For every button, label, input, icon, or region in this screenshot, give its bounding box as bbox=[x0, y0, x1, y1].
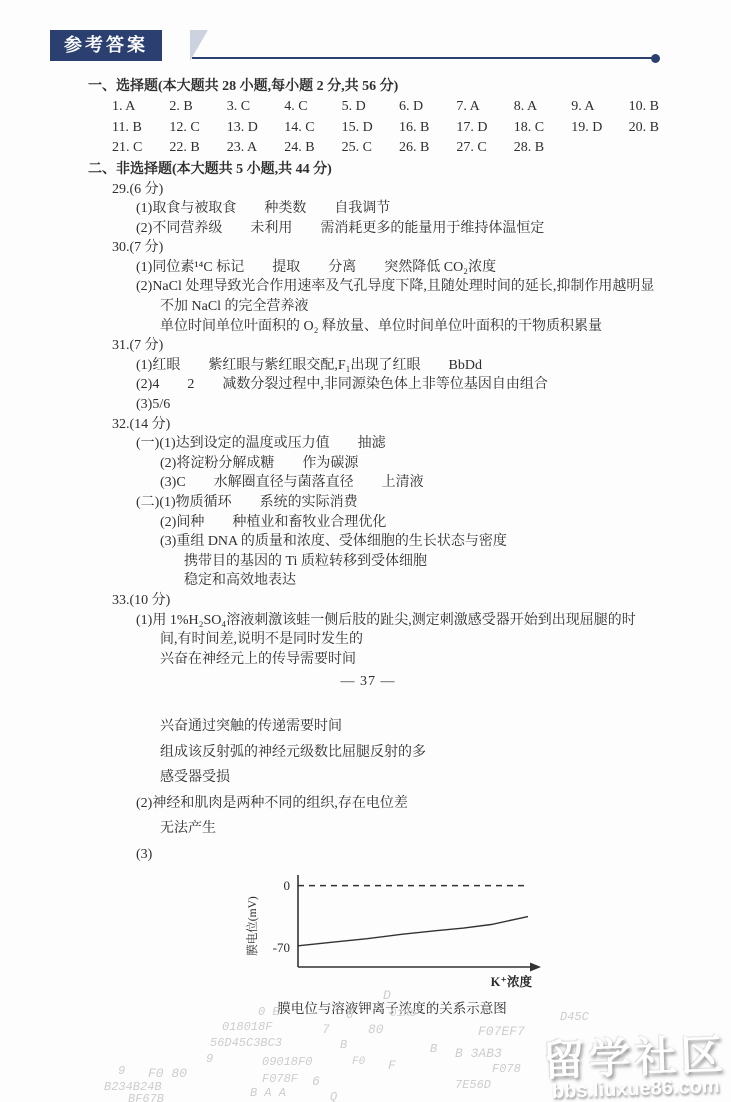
watermark-text: B A A bbox=[250, 1086, 286, 1100]
mc-answer: 16. B bbox=[399, 118, 456, 139]
answer-line: 间,有时间差,说明不是同时发生的 bbox=[88, 630, 704, 650]
mc-answer: 19. D bbox=[571, 118, 628, 139]
mc-answer: 8. A bbox=[514, 97, 571, 118]
page-number: — 37 — bbox=[88, 674, 648, 690]
answer-line: (1)同位素¹⁴C 标记 提取 分离 突然降低 CO₂浓度 bbox=[88, 258, 704, 278]
watermark-text: B 3AB3 bbox=[455, 1046, 502, 1061]
x-axis-arrow-icon bbox=[530, 963, 541, 972]
mc-answer: 2. B bbox=[169, 97, 226, 118]
answer-line: 30.(7 分) bbox=[88, 238, 704, 258]
mc-answer: 17. D bbox=[456, 118, 513, 139]
answer-line: 29.(6 分) bbox=[88, 180, 704, 200]
mc-answer: 23. A bbox=[227, 138, 284, 159]
watermark-text: 018018F bbox=[222, 1020, 272, 1034]
watermark-text: B bbox=[340, 1038, 347, 1052]
answer-line: (2)4 2 减数分裂过程中,非同源染色体上非等位基因自由组合 bbox=[88, 375, 704, 395]
chart-caption: 膜电位与溶液钾离子浓度的关系示意图 bbox=[236, 997, 548, 1017]
watermark-text: B bbox=[430, 1042, 437, 1056]
answer-line: (2)神经和肌肉是两种不同的组织,存在电位差 bbox=[88, 791, 704, 817]
page-header: 参考答案 bbox=[50, 30, 731, 64]
answer-line: 单位时间单位叶面积的 O₂ 释放量、单位时间单位叶面积的干物质积累量 bbox=[88, 317, 704, 337]
mc-answer: 20. B bbox=[629, 118, 686, 139]
answer-line: 感受器受损 bbox=[88, 765, 704, 791]
watermark-text: Q bbox=[330, 1090, 337, 1102]
watermark-text: 9 bbox=[118, 1064, 125, 1078]
answer-line: 兴奋通过突触的传递需要时间 bbox=[88, 714, 704, 740]
watermark-text: 6 bbox=[312, 1074, 320, 1089]
watermark-text: 9 bbox=[206, 1052, 213, 1066]
answers-part2: 兴奋通过突触的传递需要时间组成该反射弧的神经元级数比屈腿反射的多感受器受损(2)… bbox=[88, 714, 704, 867]
header-rule-dot-icon bbox=[651, 54, 660, 63]
mc-answer: 21. C bbox=[112, 138, 169, 159]
header-badge: 参考答案 bbox=[50, 30, 162, 61]
mc-answer: 28. B bbox=[514, 138, 571, 159]
mc-answer: 9. A bbox=[571, 97, 628, 118]
answer-line: 兴奋在神经元上的传导需要时间 bbox=[88, 650, 704, 670]
mc-answer: 27. C bbox=[456, 138, 513, 159]
answer-line: 不加 NaCl 的完全营养液 bbox=[88, 297, 704, 317]
section-title-nonchoice: 二、非选择题(本大题共 5 小题,共 44 分) bbox=[88, 159, 704, 180]
mc-answer: 15. D bbox=[342, 118, 399, 139]
mc-answer: 1. A bbox=[112, 97, 169, 118]
answer-line: 携带目的基因的 Ti 质粒转移到受体细胞 bbox=[88, 552, 704, 572]
answer-line: (3)重组 DNA 的质量和浓度、受体细胞的生长状态与密度 bbox=[88, 532, 704, 552]
answer-line: 32.(14 分) bbox=[88, 415, 704, 435]
watermark-text: F07EF7 bbox=[478, 1024, 525, 1039]
x-axis-label: K⁺浓度 bbox=[491, 974, 533, 989]
answer-line: (1)取食与被取食 种类数 自我调节 bbox=[88, 199, 704, 219]
answer-line: 无法产生 bbox=[88, 816, 704, 842]
watermark-logo-url: bbs.liuxue86.com bbox=[543, 1075, 728, 1102]
answer-content: 一、选择题(本大题共 28 小题,每小题 2 分,共 56 分) 1. A2. … bbox=[88, 76, 704, 1017]
document-page: 参考答案 一、选择题(本大题共 28 小题,每小题 2 分,共 56 分) 1.… bbox=[0, 0, 731, 1102]
watermark-text: 7E56D bbox=[455, 1078, 491, 1092]
watermark-text: B234B24B bbox=[104, 1080, 162, 1094]
answer-line: (2)将淀粉分解成糖 作为碳源 bbox=[88, 454, 704, 474]
mc-answer: 3. C bbox=[227, 97, 284, 118]
y-tick-label-1: -70 bbox=[273, 940, 290, 955]
mc-answer: 4. C bbox=[284, 97, 341, 118]
watermark-text: F bbox=[388, 1058, 396, 1073]
answer-line: (2)NaCl 处理导致光合作用速率及气孔导度下降,且随处理时间的延长,抑制作用… bbox=[88, 277, 704, 297]
answer-line: (2)间种 种植业和畜牧业合理优化 bbox=[88, 513, 704, 533]
watermark-text: F0 80 bbox=[148, 1066, 187, 1081]
watermark-logo: 留学社区 bbs.liuxue86.com bbox=[542, 1033, 728, 1102]
chart-svg: 0 -70 膜电位(mV) K⁺浓度 bbox=[236, 869, 548, 991]
answer-line: 33.(10 分) bbox=[88, 591, 704, 611]
mc-answer: 24. B bbox=[284, 138, 341, 159]
watermark-text: F078 bbox=[492, 1062, 521, 1076]
answer-line: (3) bbox=[88, 842, 704, 868]
multiple-choice-grid: 1. A2. B3. C4. C5. D6. D7. A8. A9. A10. … bbox=[112, 97, 686, 159]
mc-answer: 13. D bbox=[227, 118, 284, 139]
answer-line: (1)红眼 紫红眼与紫红眼交配,F₁出现了红眼 BbDd bbox=[88, 356, 704, 376]
membrane-potential-curve bbox=[298, 917, 528, 946]
watermark-text: BF67B bbox=[128, 1092, 164, 1102]
y-tick-label-0: 0 bbox=[284, 878, 291, 893]
answer-line: (3)5/6 bbox=[88, 395, 704, 415]
y-axis-label: 膜电位(mV) bbox=[245, 896, 259, 956]
mc-answer: 25. C bbox=[342, 138, 399, 159]
mc-answer: 26. B bbox=[399, 138, 456, 159]
watermark-text: F0 bbox=[352, 1056, 365, 1068]
mc-answer: 14. C bbox=[284, 118, 341, 139]
answer-line: (一)(1)达到设定的温度或压力值 抽滤 bbox=[88, 434, 704, 454]
mc-answer: 18. C bbox=[514, 118, 571, 139]
answer-line: (3)C 水解圈直径与菌落直径 上清液 bbox=[88, 473, 704, 493]
ribbon-fold-icon bbox=[190, 30, 208, 61]
answers-part1: 29.(6 分)(1)取食与被取食 种类数 自我调节(2)不同营养级 未利用 需… bbox=[88, 180, 704, 670]
mc-answer: 5. D bbox=[342, 97, 399, 118]
watermark-text: 7 bbox=[322, 1022, 330, 1037]
watermark-logo-title: 留学社区 bbox=[542, 1033, 727, 1083]
mc-answer: 12. C bbox=[169, 118, 226, 139]
answer-line: (二)(1)物质循环 系统的实际消费 bbox=[88, 493, 704, 513]
header-rule bbox=[192, 57, 654, 59]
answer-line: 稳定和高效地表达 bbox=[88, 571, 704, 591]
mc-answer: 7. A bbox=[456, 97, 513, 118]
watermark-text: 80 bbox=[368, 1022, 384, 1037]
mc-answer: 22. B bbox=[169, 138, 226, 159]
watermark-text: 56D45C3BC3 bbox=[210, 1036, 282, 1050]
answer-line: 31.(7 分) bbox=[88, 336, 704, 356]
mc-answer: 11. B bbox=[112, 118, 169, 139]
watermark-text: F078F bbox=[262, 1072, 298, 1086]
chart-figure: 0 -70 膜电位(mV) K⁺浓度 膜电位与溶液钾离子浓度的关系示意图 bbox=[236, 869, 548, 1017]
answer-line: 组成该反射弧的神经元级数比屈腿反射的多 bbox=[88, 740, 704, 766]
answer-line: (2)不同营养级 未利用 需消耗更多的能量用于维持体温恒定 bbox=[88, 219, 704, 239]
section-title-choice: 一、选择题(本大题共 28 小题,每小题 2 分,共 56 分) bbox=[88, 76, 704, 97]
mc-answer: 10. B bbox=[629, 97, 686, 118]
watermark-text: 09018F0 bbox=[262, 1055, 312, 1069]
mc-answer: 6. D bbox=[399, 97, 456, 118]
answer-line: (1)用 1%H₂SO₄溶液刺激该蛙一侧后肢的趾尖,测定刺激感受器开始到出现屈腿… bbox=[88, 611, 704, 631]
